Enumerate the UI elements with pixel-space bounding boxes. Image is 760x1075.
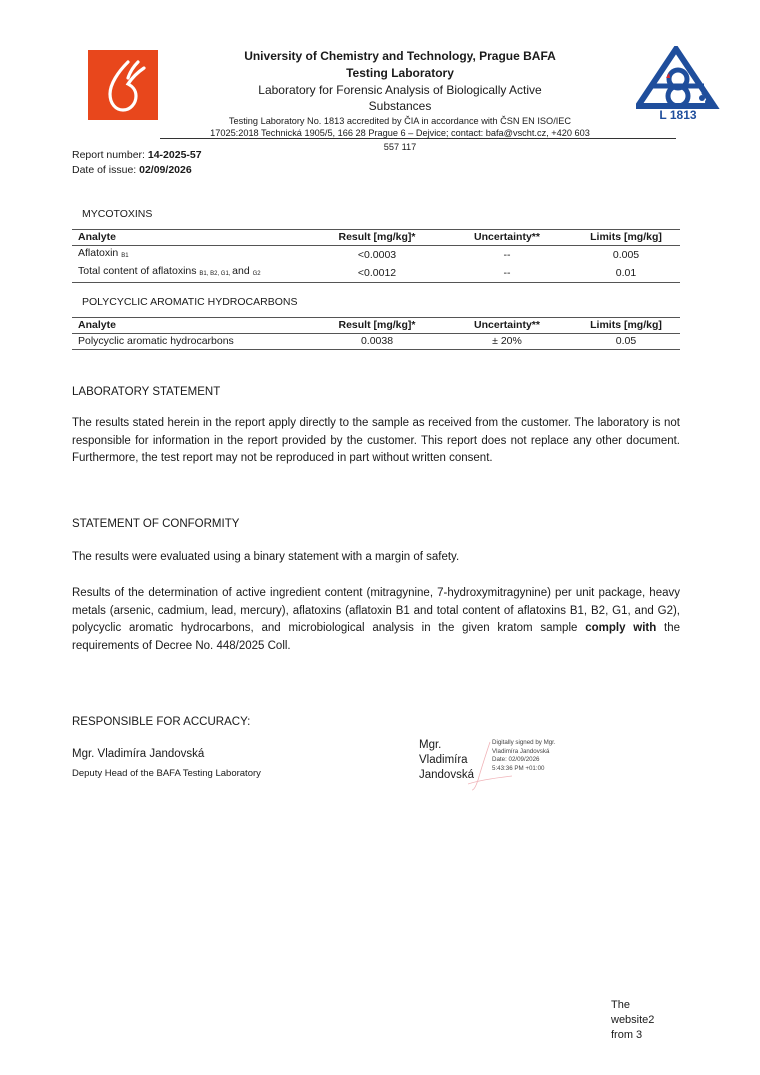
university-name: University of Chemistry and Technology, … [160,49,640,63]
lab-subtitle-2: Substances [160,99,640,113]
date-of-issue: Date of issue: 02/09/2026 [72,164,192,176]
col-uncertainty: Uncertainty** [442,318,572,334]
table-row: Total content of aflatoxins B1, B2, G1, … [72,264,680,283]
limit-cell: 0.05 [572,334,680,350]
comply-with: comply with [585,622,656,634]
mycotoxins-table: Analyte Result [mg/kg]* Uncertainty** Li… [72,229,680,283]
report-number: Report number: 14-2025-57 [72,149,202,161]
analyte-cell: Total content of aflatoxins B1, B2, G1, … [72,264,312,283]
date-value: 02/09/2026 [139,164,192,176]
signature-name: Mgr. Vladimíra Jandovská [419,738,489,783]
responsible-title: RESPONSIBLE FOR ACCURACY: [72,716,250,728]
uncertainty-cell: -- [442,246,572,265]
col-result: Result [mg/kg]* [312,318,442,334]
lab-statement-text: The results stated herein in the report … [72,415,680,468]
header-divider [160,138,676,139]
result-cell: <0.0003 [312,246,442,265]
conformity-text-1: The results were evaluated using a binar… [72,549,680,567]
mycotoxins-title: MYCOTOXINS [82,208,152,220]
lab-statement-title: LABORATORY STATEMENT [72,386,220,398]
uncertainty-cell: ± 20% [442,334,572,350]
responsible-name: Mgr. Vladimíra Jandovská [72,748,204,760]
table-header-row: Analyte Result [mg/kg]* Uncertainty** Li… [72,230,680,246]
svg-text:L 1813: L 1813 [659,108,696,122]
col-uncertainty: Uncertainty** [442,230,572,246]
address-line: 17025:2018 Technická 1905/5, 166 28 Prag… [160,128,640,138]
table-row: Polycyclic aromatic hydrocarbons 0.0038 … [72,334,680,350]
result-cell: <0.0012 [312,264,442,283]
accreditation-logo: L 1813 [636,46,720,122]
pah-table: Analyte Result [mg/kg]* Uncertainty** Li… [72,317,680,350]
col-limits: Limits [mg/kg] [572,318,680,334]
drop-icon [88,50,158,120]
triangle-logo-icon: L 1813 [636,46,720,122]
pah-title: POLYCYCLIC AROMATIC HYDROCARBONS [82,296,297,308]
table-row: Aflatoxin B1 <0.0003 -- 0.005 [72,246,680,265]
accreditation-line: Testing Laboratory No. 1813 accredited b… [160,116,640,126]
col-analyte: Analyte [72,230,312,246]
responsible-role: Deputy Head of the BAFA Testing Laborato… [72,768,261,779]
report-number-value: 14-2025-57 [148,149,202,161]
conformity-text-2: Results of the determination of active i… [72,585,680,655]
col-result: Result [mg/kg]* [312,230,442,246]
result-cell: 0.0038 [312,334,442,350]
lab-subtitle-1: Laboratory for Forensic Analysis of Biol… [160,83,640,97]
conformity-title: STATEMENT OF CONFORMITY [72,518,239,530]
col-limits: Limits [mg/kg] [572,230,680,246]
analyte-cell: Polycyclic aromatic hydrocarbons [72,334,312,350]
analyte-cell: Aflatoxin B1 [72,246,312,265]
table-header-row: Analyte Result [mg/kg]* Uncertainty** Li… [72,318,680,334]
vscht-logo [88,50,158,120]
limit-cell: 0.005 [572,246,680,265]
uncertainty-cell: -- [442,264,572,283]
limit-cell: 0.01 [572,264,680,283]
col-analyte: Analyte [72,318,312,334]
lab-name: Testing Laboratory [160,66,640,80]
page-footer: The website2 from 3 [611,998,654,1043]
phone-continuation: 557 117 [160,142,640,152]
signature-details: Digitally signed by Mgr. Vladimíra Jando… [492,739,592,773]
